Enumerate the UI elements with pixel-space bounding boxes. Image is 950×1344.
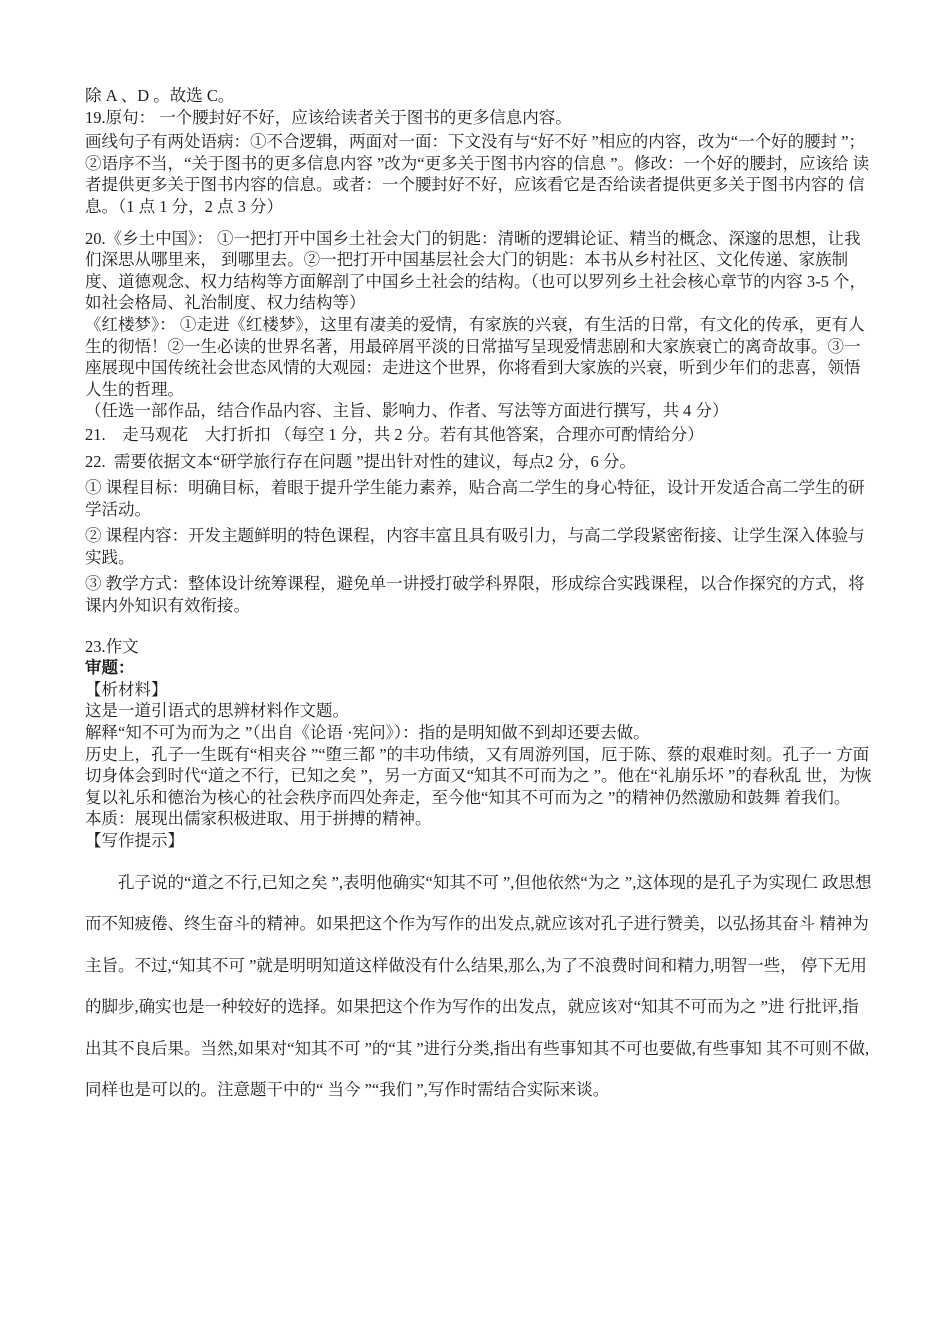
confucius-history-paragraph: 历史上，孔子一生既有“相夹谷 ”“堕三都 ”的丰功伟绩，又有周游列国，厄于陈、蔡…: [85, 744, 875, 809]
q22-point-3: ③ 教学方式：整体设计统筹课程，避免单一讲授打破学科界限，形成综合实践课程，以合…: [85, 573, 875, 616]
essay-review-label: 审题：: [85, 657, 875, 679]
essay-type-line: 这是一道引语式的思辨材料作文题。: [85, 700, 875, 722]
q22-point-2: ② 课程内容：开发主题鲜明的特色课程，内容丰富且具有吸引力，与高二学段紧密衔接、…: [85, 525, 875, 568]
q20-xiangtu-china-answer: 20.《乡土中国》： ①一把打开中国乡土社会大门的钥匙：清晰的逻辑论证、精当的概…: [85, 228, 875, 314]
q20-scoring-note: （任选一部作品，结合作品内容、主旨、影响力、作者、写法等方面进行撰写，共 4 分…: [85, 400, 875, 422]
q19-original-sentence: 19.原句： 一个腰封好不好，应该给读者关于图书的更多信息内容。: [85, 107, 875, 129]
essence-line: 本质：展现出儒家积极进取、用于拼搏的精神。: [85, 808, 875, 830]
q23-essay-heading: 23.作文: [85, 636, 875, 658]
material-analysis-heading: 【析材料】: [85, 679, 875, 701]
quote-explanation-line: 解释“知不可为而为之 ”（出自《论语 ·宪问》）：指的是明知做不到却还要去做。: [85, 722, 875, 744]
q22-point-1: ① 课程目标：明确目标，着眼于提升学生能力素养，贴合高二学生的身心特征，设计开发…: [85, 477, 875, 520]
answer-exclusion-line: 除 A 、D 。故选 C。: [85, 85, 875, 107]
q21-answer: 21. 走马观花 大打折扣 （每空 1 分，共 2 分。若有其他答案，合理亦可酌…: [85, 424, 875, 446]
writing-tips-paragraph: 孔子说的“道之不行,已知之矣 ”,表明他确实“知其不可 ”,但他依然“为之 ”,…: [85, 862, 875, 1111]
q20-dream-of-red-mansions-answer: 《红楼梦》： ①走进《红楼梦》，这里有凄美的爱情，有家族的兴衰，有生活的日常，有…: [85, 314, 875, 400]
document-page: 除 A 、D 。故选 C。 19.原句： 一个腰封好不好，应该给读者关于图书的更…: [85, 85, 875, 1111]
q22-intro: 22. 需要依据文本“研学旅行存在问题 ”提出针对性的建议，每点2 分，6 分。: [85, 451, 875, 473]
writing-tips-heading: 【写作提示】: [85, 830, 875, 852]
q19-analysis: 画线句子有两处语病：①不合逻辑，两面对一面：下文没有与“好不好 ”相应的内容，改…: [85, 131, 875, 217]
